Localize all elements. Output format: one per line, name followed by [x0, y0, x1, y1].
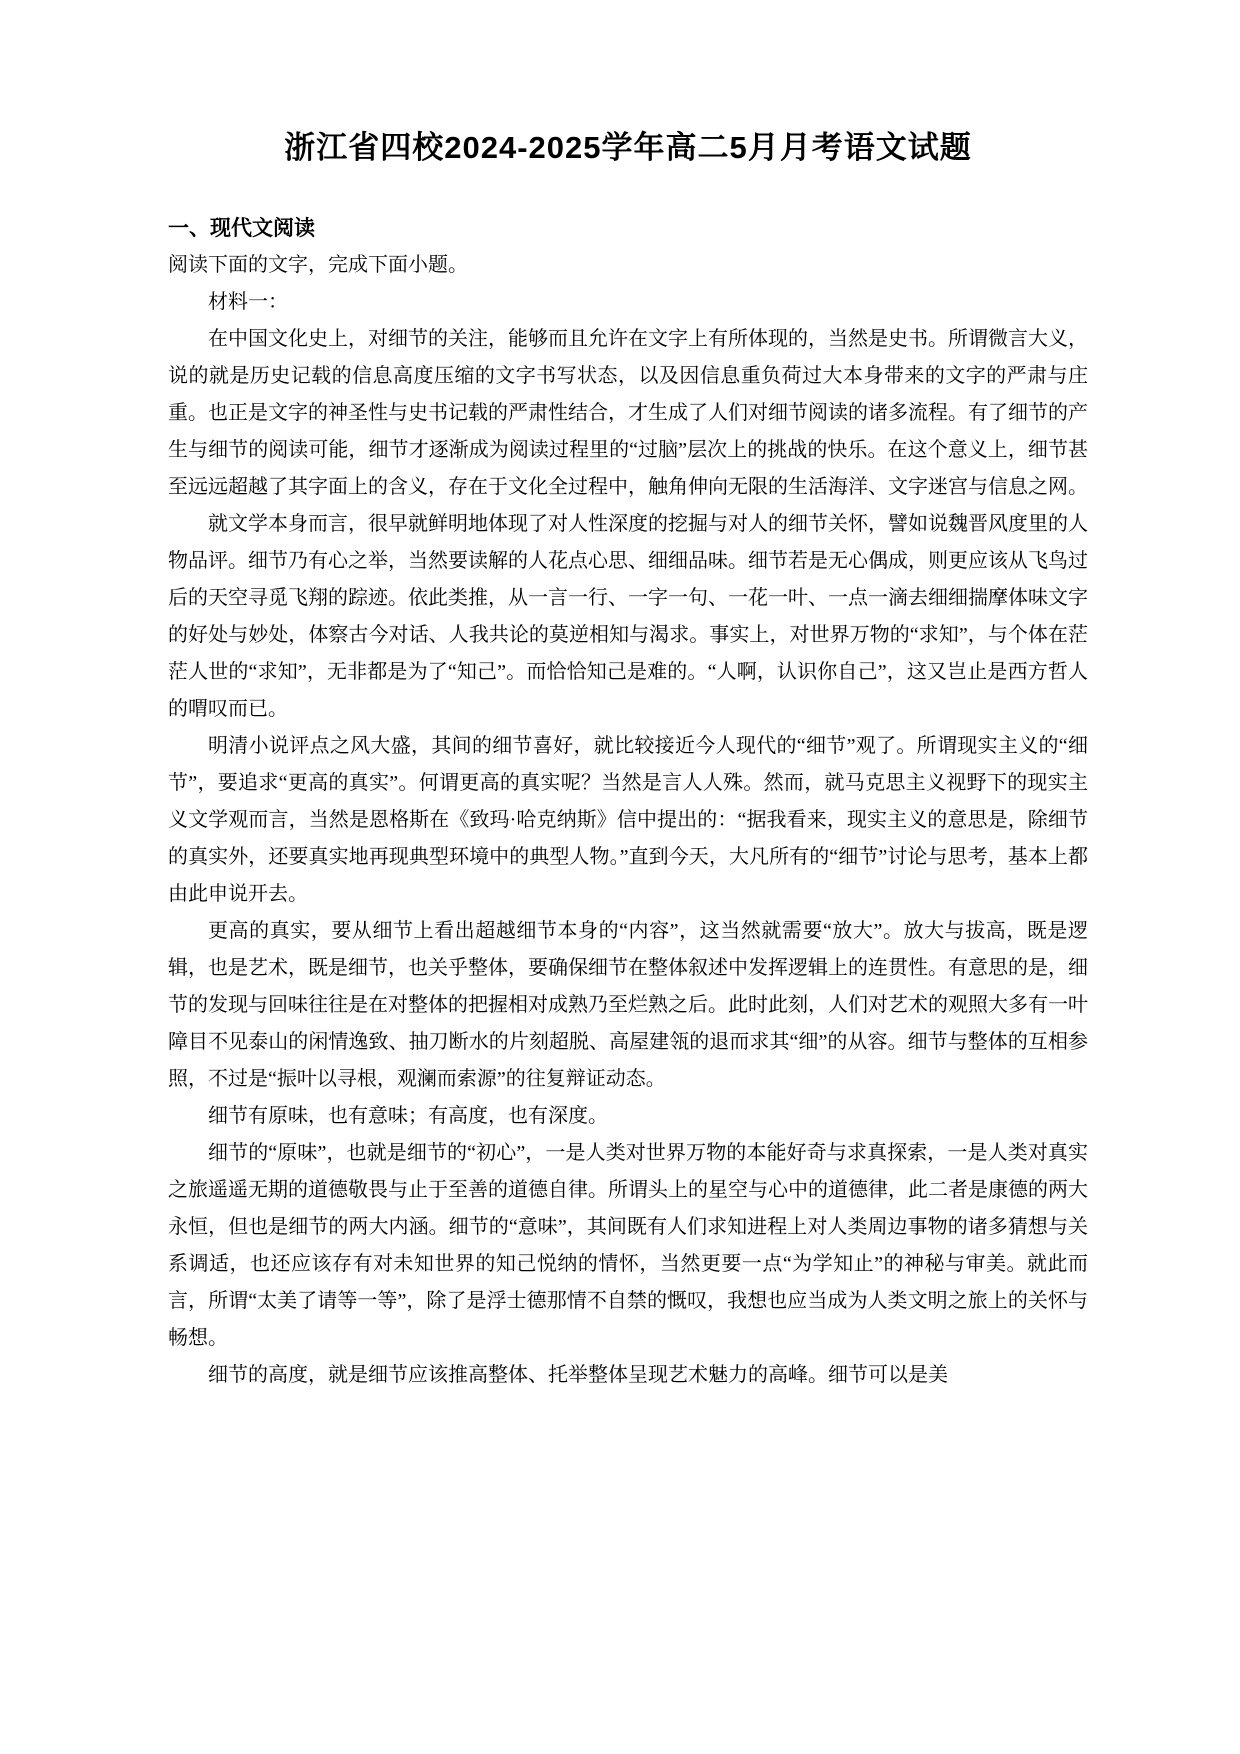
page-title: 浙江省四校2024-2025学年高二5月月考语文试题: [168, 128, 1088, 168]
section-heading: 一、现代文阅读: [168, 210, 1088, 247]
document-body: 阅读下面的文字，完成下面小题。 材料一： 在中国文化史上，对细节的关注，能够而且…: [168, 247, 1088, 1394]
material-label: 材料一：: [168, 284, 1088, 321]
paragraph: 就文学本身而言，很早就鲜明地体现了对人性深度的挖掘与对人的细节关怀，譬如说魏晋风…: [168, 506, 1088, 728]
paragraph: 在中国文化史上，对细节的关注，能够而且允许在文字上有所体现的，当然是史书。所谓微…: [168, 321, 1088, 506]
paragraph: 细节的高度，就是细节应该推高整体、托举整体呈现艺术魅力的高峰。细节可以是美: [168, 1357, 1088, 1394]
paragraph: 细节有原味，也有意味；有高度，也有深度。: [168, 1098, 1088, 1135]
intro-text: 阅读下面的文字，完成下面小题。: [168, 247, 1088, 284]
paragraph: 细节的“原味”，也就是细节的“初心”，一是人类对世界万物的本能好奇与求真探索，一…: [168, 1135, 1088, 1357]
paragraph: 更高的真实，要从细节上看出超越细节本身的“内容”，这当然就需要“放大”。放大与拔…: [168, 913, 1088, 1098]
document-page: 浙江省四校2024-2025学年高二5月月考语文试题 一、现代文阅读 阅读下面的…: [0, 0, 1240, 1754]
paragraph: 明清小说评点之风大盛，其间的细节喜好，就比较接近今人现代的“细节”观了。所谓现实…: [168, 728, 1088, 913]
